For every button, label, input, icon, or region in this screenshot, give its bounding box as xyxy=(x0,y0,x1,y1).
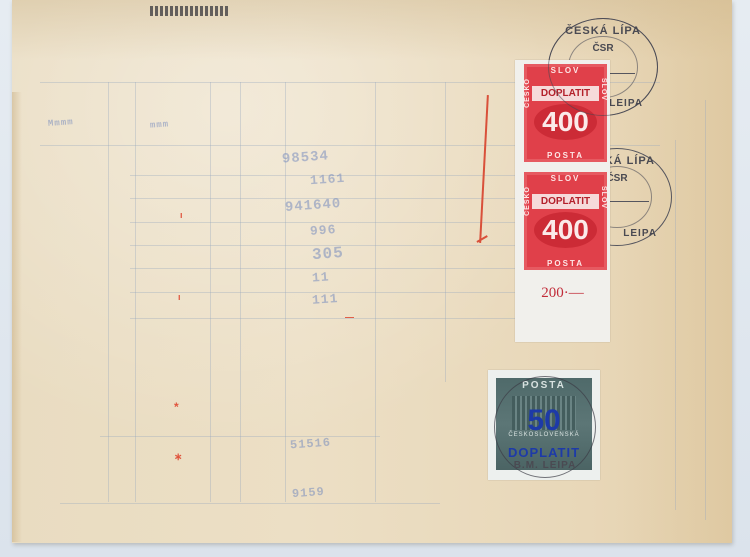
faint-header: Mmmm xyxy=(48,117,74,129)
sheet-margin-value: 200·— xyxy=(515,285,610,302)
postmark-overlay xyxy=(548,18,658,116)
red-pencil-mark: ı xyxy=(178,292,181,302)
red-pencil-mark: * xyxy=(174,400,179,414)
faint-entry: 98534 xyxy=(281,148,329,167)
paper-fold xyxy=(12,92,22,542)
red-pencil-mark: ı xyxy=(180,210,183,220)
faint-entry: 1161 xyxy=(310,171,346,188)
faint-entry: 111 xyxy=(312,291,339,308)
postage-due-stamp-400: SLOV ČESKO SLOV DOPLATIT 400 POSTA xyxy=(524,172,607,270)
faint-entry: 51516 xyxy=(290,436,332,453)
faint-entry: 9159 xyxy=(292,485,326,501)
red-pencil-mark: — xyxy=(345,312,354,322)
faint-header: mmm xyxy=(150,119,170,130)
postmark-green-stamp: B.M. LEIPA xyxy=(494,376,596,478)
faint-entry: 11 xyxy=(311,269,330,285)
red-pencil-mark: ∗ xyxy=(174,452,182,463)
faint-entry: 305 xyxy=(311,244,344,264)
faint-entry: 996 xyxy=(310,222,337,239)
ink-scribble xyxy=(150,6,230,16)
